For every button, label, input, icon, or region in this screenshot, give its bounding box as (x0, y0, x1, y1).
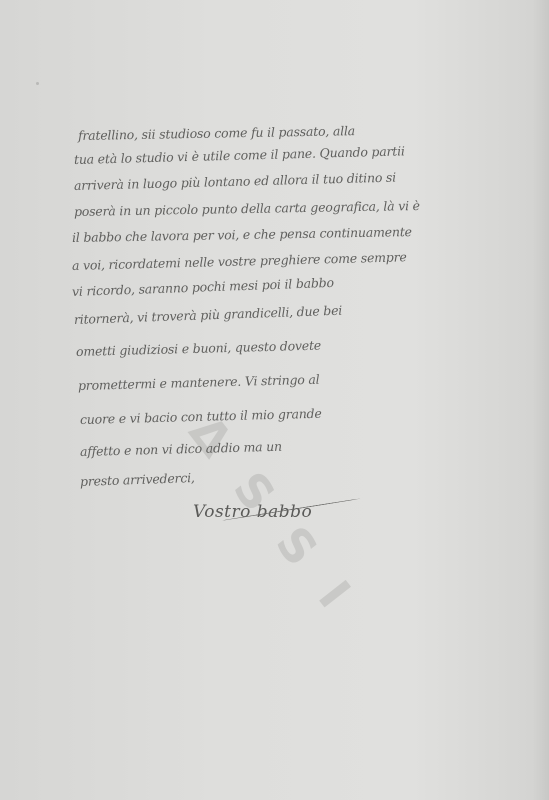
letter-line: vi ricordo, saranno pochi mesi poi il ba… (72, 275, 334, 299)
letter-line: poserà in un piccolo punto della carta g… (74, 198, 420, 219)
letter-line: arriverà in luogo più lontano ed allora … (74, 170, 396, 193)
letter-line: a voi, ricordatemi nelle vostre preghier… (72, 249, 407, 273)
letter-line: ometti giudiziosi e buoni, questo dovete (76, 338, 321, 359)
scanned-letter-page: Δ S S I fratellino, sii studioso come fu… (0, 0, 549, 800)
letter-line: promettermi e mantenere. Vi stringo al (78, 372, 320, 393)
letter-line: affetto e non vi dico addio ma un (80, 439, 282, 459)
letter-line: presto arrivederci, (80, 470, 195, 489)
letter-line: ritornerà, vi troverà più grandicelli, d… (74, 303, 343, 327)
letter-line: il babbo che lavora per voi, e che pensa… (72, 224, 412, 245)
paper-speck (36, 82, 39, 85)
letter-line: tua età lo studio vi è utile come il pan… (74, 143, 405, 167)
letter-line: fratellino, sii studioso come fu il pass… (78, 123, 355, 143)
signature: Vostro babbo (193, 502, 312, 522)
letter-line: cuore e vi bacio con tutto il mio grande (80, 406, 322, 427)
